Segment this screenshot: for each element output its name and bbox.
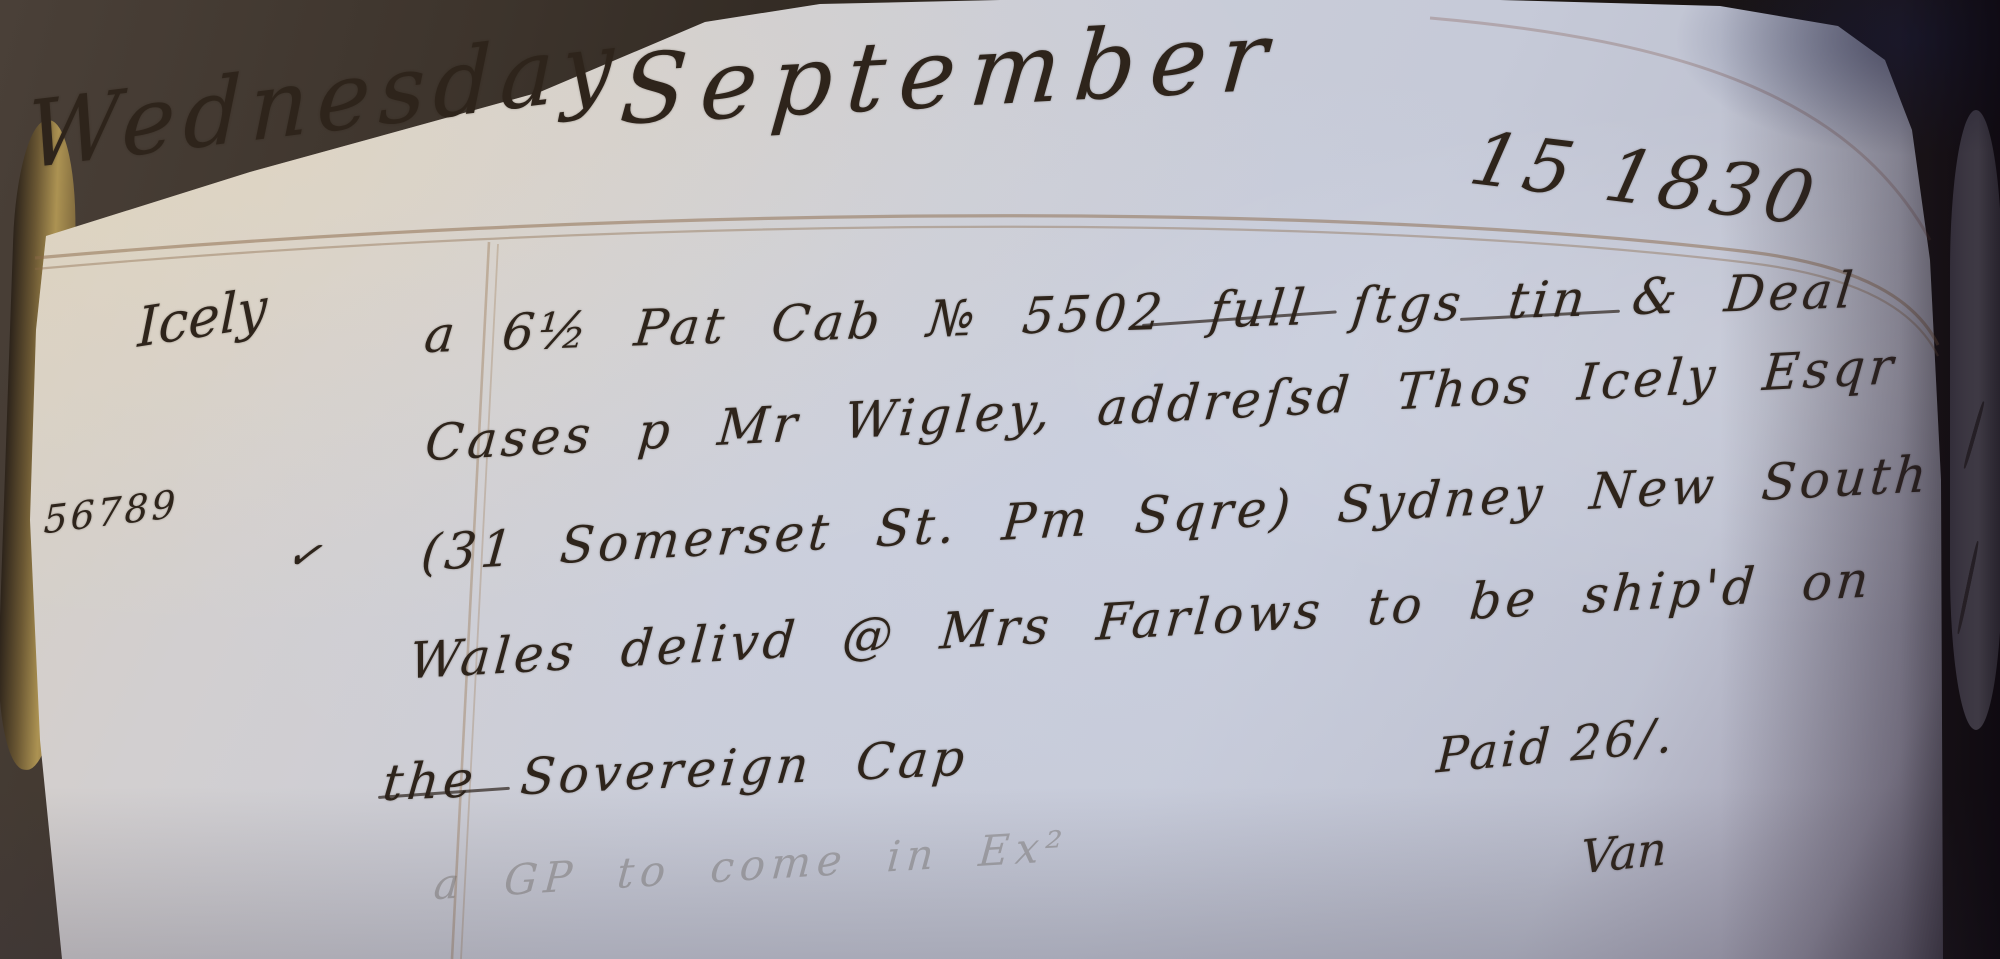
ledger-photo: Wednesday September 15 1830 Icely 56789 … <box>0 0 2000 959</box>
clerk-initials: Van <box>1580 821 1667 884</box>
next-page-edge <box>1950 110 2000 730</box>
margin-checkmark: ✓ <box>283 528 325 581</box>
next-page-ink-fragment <box>1962 401 1985 469</box>
next-page-ink-fragment <box>1956 541 1980 635</box>
